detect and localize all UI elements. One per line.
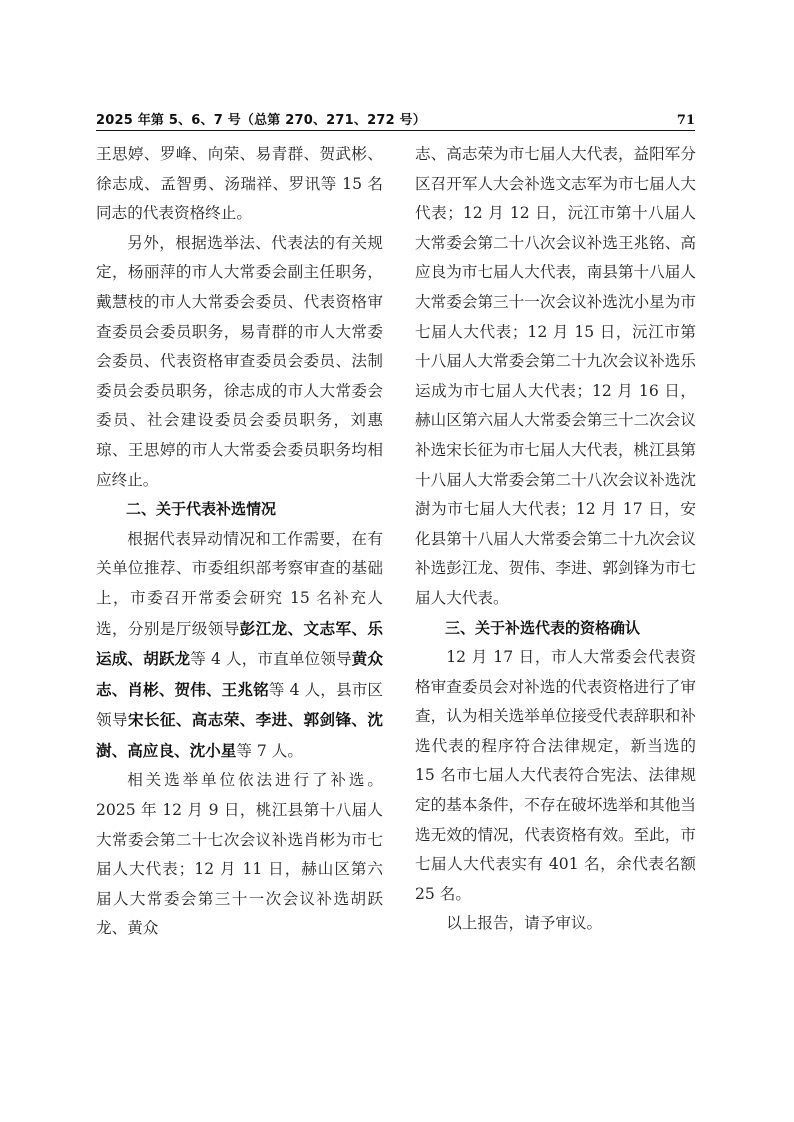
paragraph-by-election-continued: 志、高志荣为市七届人大代表，益阳军分区召开军人大会补选文志军为市七届人大代表；1… [415, 140, 696, 614]
left-column: 王思婷、罗峰、向荣、易青群、贺武彬、徐志成、孟智勇、汤瑞祥、罗讯等 15 名同志… [96, 140, 383, 944]
paragraph-continued: 王思婷、罗峰、向荣、易青群、贺武彬、徐志成、孟智勇、汤瑞祥、罗讯等 15 名同志… [96, 140, 383, 229]
text-segment: 等 4 人，市直单位领导 [190, 650, 351, 668]
section-heading-qualification: 三、关于补选代表的资格确认 [415, 614, 696, 644]
page-number: 71 [677, 113, 695, 129]
section-heading-by-election: 二、关于代表补选情况 [96, 495, 383, 525]
paragraph-closing: 以上报告，请予审议。 [415, 909, 696, 939]
paragraph-candidates: 根据代表异动情况和工作需要，在有关单位推荐、市委组织部考察审查的基础上，市委召开… [96, 525, 383, 767]
issue-label: 2025 年第 5、6、7 号（总第 270、271、272 号） [96, 113, 426, 129]
right-column: 志、高志荣为市七届人大代表，益阳军分区召开军人大会补选文志军为市七届人大代表；1… [415, 140, 696, 939]
text-segment: 等 7 人。 [236, 742, 303, 760]
page-header: 2025 年第 5、6、7 号（总第 270、271、272 号） 71 [96, 113, 695, 131]
paragraph-by-election-process: 相关选举单位依法进行了补选。2025 年 12 月 9 日，桃江县第十八届人大常… [96, 766, 383, 944]
paragraph-position-termination: 另外，根据选举法、代表法的有关规定，杨丽萍的市人大常委会副主任职务，戴慧枝的市人… [96, 229, 383, 495]
paragraph-qualification-review: 12 月 17 日，市人大常委会代表资格审查委员会对补选的代表资格进行了审查，认… [415, 643, 696, 909]
